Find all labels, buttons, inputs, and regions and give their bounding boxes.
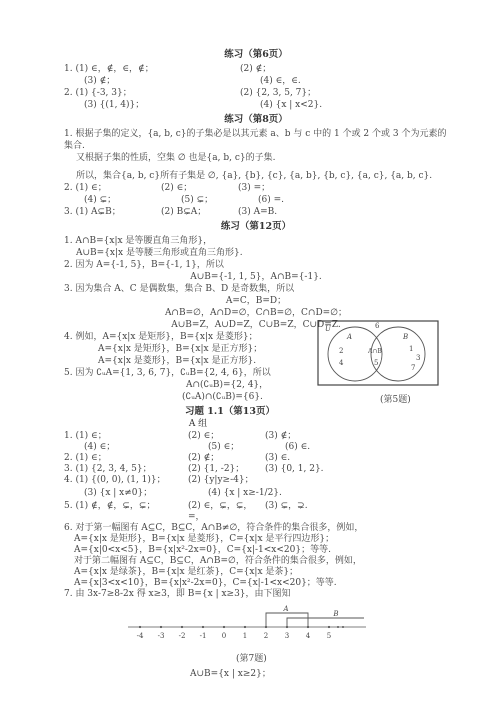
answer-cell: 1. (1) ∈，∉，∈，∉； [64,63,240,75]
answer-cell: 1. (1) ∈； [64,431,188,442]
exercise-section: 习题 1.1（第13页） A 组 1. (1) ∈； (2) ∈； (3) ∉；… [64,406,448,600]
answer-line: A={x|x 是矩形}，B={x|x 是菱形}，C={x|x 是平行四边形}； [64,534,448,545]
answer-cell: (2) {1, -2}； [188,464,265,475]
tick-label: -1 [200,632,207,640]
answer-cell: (4) ⊊； [74,194,181,206]
venn-b-value: 1 [409,345,413,353]
answer-cell: (2) {y|y≥-4}； [188,475,265,486]
venn-diagram: U 6 A 2 4 A∩B 5 B 1 3 7 [317,320,439,390]
answer-row: 3. (1) {2, 3, 4, 5}； (2) {1, -2}； (3) {0… [64,464,448,475]
venn-set-a-label: A [346,333,352,341]
answer-cell: (4) ∈； [74,442,208,453]
tick-label: -3 [158,632,165,640]
figure-caption-7: (第7题) [64,653,448,665]
answer-row: 2. (1) ∈； (2) ∈； (3) =； [64,182,448,194]
answer-line: A∪B={x|x 是等腰三角形或直角三角形}. [64,247,448,259]
tick-label: 3 [285,632,289,640]
answer-cell: (5) ⊊； [181,194,258,206]
venn-intersection-value: 5 [374,359,378,367]
answer-cell: (2) ∉； [240,63,271,75]
section-heading-p6: 练习（第6页） [64,49,448,61]
answer-line: 所以，集合{a, b, c}所有子集是 ∅, {a}, {b}, {c}, {a… [64,170,448,182]
answer-row: 2. (1) ∈； (2) ∉； (3) ∈. [64,453,448,464]
number-line-figure: A B -4 -3 -2 -1 0 1 2 3 4 5 [126,605,448,651]
answer-row: (3) ∉； (4) ∈，∈. [64,75,448,87]
interval-b-bracket [287,618,364,627]
answer-line: 1. 根据子集的定义，{a, b, c}的子集必是以其元素 a、b 与 c 中的… [64,128,448,152]
answer-cell: (4) {x | x≥-1/2}. [208,488,285,499]
answer-row: 1. (1) ∈，∉，∈，∉； (2) ∉； [64,63,448,75]
tick-label: 4 [306,632,311,640]
venn-universe-label: U [325,325,332,333]
figure-caption-5: (第5题) [380,394,411,406]
answer-cell [285,488,448,499]
answer-cell: (2) ∈，⊊，⊊，=， [188,501,265,523]
answer-cell: (6) =. [258,194,448,206]
answer-cell: (3) ∉； [265,431,448,442]
answer-row: 4. (1) {(0, 0), (1, 1)}； (2) {y|y≥-4}； [64,475,448,486]
answer-cell: (3) A=B. [238,206,448,218]
tick-label: 5 [327,632,331,640]
answer-row: (3) {x | x≠0}； (4) {x | x≥-1/2}. [64,488,448,499]
tick-label: -2 [179,632,186,640]
venn-outside-value: 6 [375,322,380,330]
answer-line: A={x|0<x<5}，B={x|x²-2x=0}，C={x|-1<x<20}；… [64,545,448,556]
answer-cell: 2. (1) ∈； [64,453,188,464]
answer-cell: (4) {x | x<2}. [260,99,322,111]
answer-cell: 3. (1) {2, 3, 4, 5}； [64,464,188,475]
answer-line: A=C，B=D； [64,295,448,307]
venn-a-value: 2 [339,347,343,355]
answer-line: 对于第二幅图有 A⊆C，B⊆C，A∩B=∅，符合条件的集合很多，例如， [64,556,448,567]
answer-cell: 2. (1) ∈； [64,182,161,194]
interval-b-label: B [332,610,338,618]
answer-cell: (2) ∈； [161,182,238,194]
textbook-answer-page: 练习（第6页） 1. (1) ∈，∉，∈，∉； (2) ∉； (3) ∉； (4… [0,0,500,707]
tick-label: 0 [222,632,226,640]
venn-a-value: 4 [339,359,344,367]
answer-line: A∩B=∅，A∩D=∅，C∩B=∅，C∩D=∅； [64,307,448,319]
section-heading-p12: 练习（第12页） [64,221,448,233]
answer-cell [265,475,448,486]
answer-row: (3) {(1, 4)}； (4) {x | x<2}. [64,99,448,111]
answer-row: 5. (1) ∉，∉，⊊，⊊； (2) ∈，⊊，⊊，=， (3) ⊊，⊋. [64,501,448,523]
section-heading-p8: 练习（第8页） [64,114,448,126]
answer-line: A={x|3<x<10}，B={x|x²-2x=0}，C={x|-1<x<20}… [64,578,448,589]
group-label: A 组 [64,419,332,430]
venn-b-value: 3 [416,354,420,362]
answer-cell: (3) {(1, 4)}； [74,99,260,111]
answer-cell: (2) ∈； [188,431,265,442]
answer-row: (4) ⊊； (5) ⊊； (6) =. [64,194,448,206]
answer-line: A∪B={-1, 1, 5}，A∩B={-1}. [64,271,448,283]
answer-cell: 2. (1) {-3, 3}； [64,87,240,99]
venn-svg: U 6 A 2 4 A∩B 5 B 1 3 7 [317,320,439,386]
answer-cell: (6) ∈. [285,442,448,453]
answer-cell: (4) ∈，∈. [260,75,301,87]
answer-line: 1. A∩B={x|x 是等腰直角三角形}， [64,235,448,247]
answer-cell: (2) {2, 3, 5, 7}； [240,87,316,99]
answer-line: A={x|x 是绿茶}，B={x|x 是红茶}，C={x|x 是茶}； [64,567,448,578]
tick-label: 2 [264,632,268,640]
tick-label: -4 [137,632,144,640]
answer-cell: (5) ∈； [208,442,285,453]
answer-cell: (3) ∉； [74,75,260,87]
answer-cell: (3) {0, 1, 2}. [265,464,448,475]
venn-intersection-label: A∩B [367,348,382,355]
answer-row: 3. (1) A⊊B； (2) B⊊A； (3) A=B. [64,206,448,218]
answer-cell: (2) ∉； [188,453,265,464]
section-heading-ex11: 习题 1.1（第13页） [64,406,396,417]
answer-line: 2. 因为 A={-1, 5}，B={-1, 1}，所以 [64,259,448,271]
figure-result: A∪B={x | x≥2}； [64,668,448,680]
venn-set-b-label: B [402,333,408,341]
answer-cell: 4. (1) {(0, 0), (1, 1)}； [64,475,188,486]
answer-line: 又根据子集的性质，空集 ∅ 也是{a, b, c}的子集. [64,152,448,164]
answer-cell: 3. (1) A⊊B； [64,206,161,218]
answer-row: 2. (1) {-3, 3}； (2) {2, 3, 5, 7}； [64,87,448,99]
answer-cell: (3) =； [238,182,448,194]
answer-cell: (3) {x | x≠0}； [74,488,208,499]
tick-label: 1 [243,632,247,640]
answer-row: 1. (1) ∈； (2) ∈； (3) ∉； [64,431,448,442]
answer-cell: (2) B⊊A； [161,206,238,218]
answer-line: 3. 因为集合 A、C 是偶数集，集合 B、D 是奇数集，所以 [64,283,448,295]
answer-row: (4) ∈； (5) ∈； (6) ∈. [64,442,448,453]
venn-b-value: 7 [411,364,415,372]
answer-cell: 5. (1) ∉，∉，⊊，⊊； [64,501,188,523]
answer-cell: (3) ⊊，⊋. [265,501,448,523]
answer-cell: (3) ∈. [265,453,448,464]
interval-a-label: A [282,605,288,613]
number-line-svg: A B -4 -3 -2 -1 0 1 2 3 4 5 [126,605,370,647]
answer-line: 6. 对于第一幅图有 A⊆C，B⊆C，A∩B≠∅，符合条件的集合很多，例如， [64,523,448,534]
answer-line: 7. 由 3x-7≥8-2x 得 x≥3，即 B={x | x≥3}，由下图知 [64,589,448,600]
